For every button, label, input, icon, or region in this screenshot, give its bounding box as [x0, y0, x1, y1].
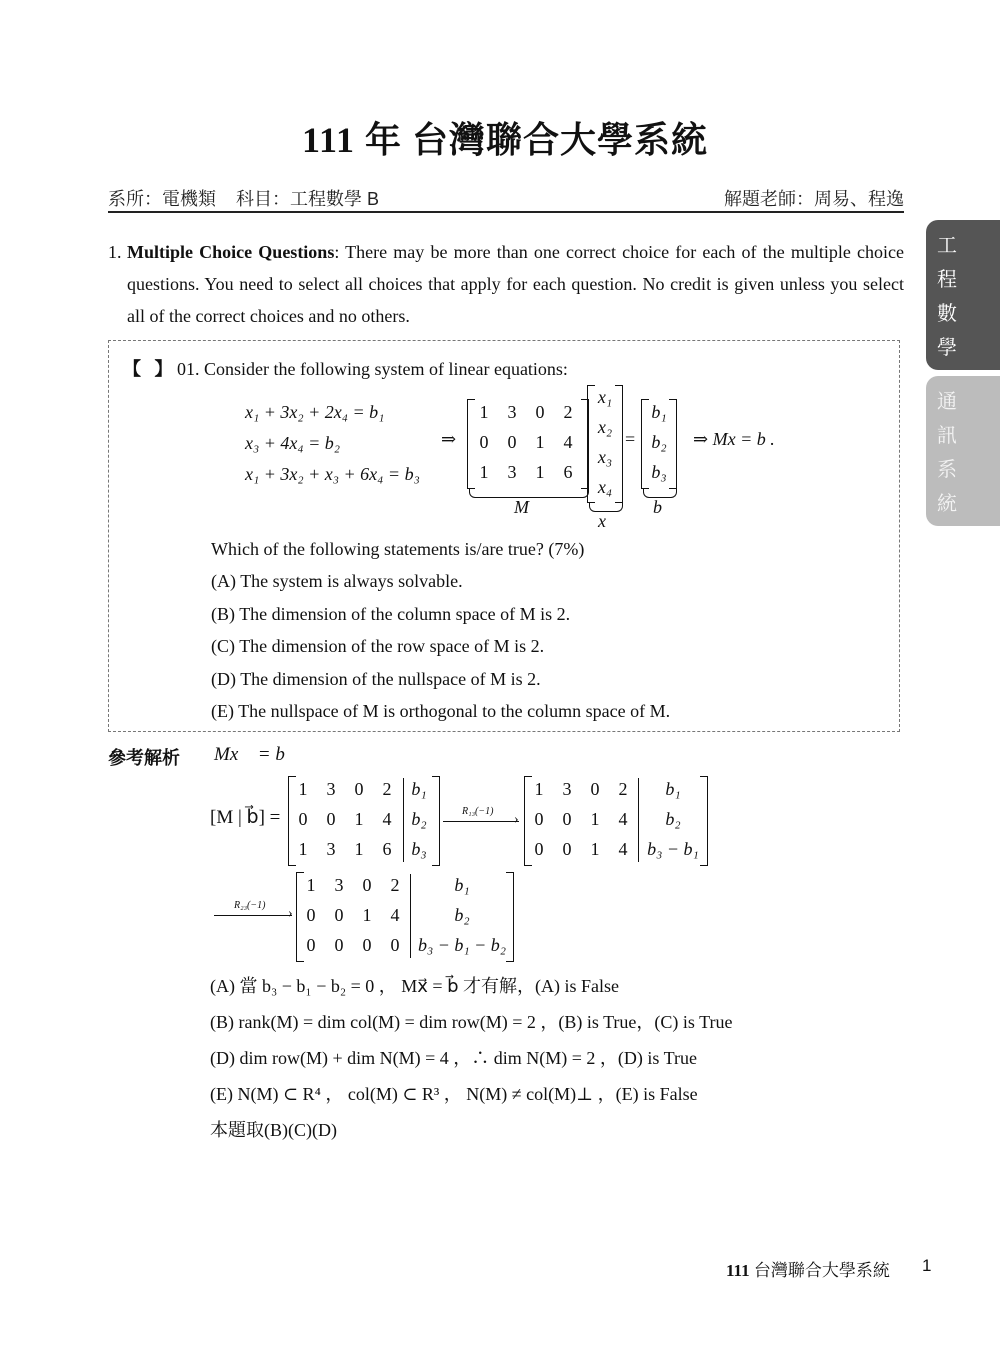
cell: 0 [296, 935, 326, 956]
tab-char: 數 [937, 296, 1000, 330]
label-b: b [653, 497, 662, 518]
cell: x₃ [590, 447, 620, 468]
cell: 1 [344, 839, 374, 860]
cell: b₁ [642, 779, 704, 800]
page-title: 111 年台灣聯合大學系統 [0, 112, 1000, 163]
cell: 0 [524, 809, 554, 830]
title-year: 111 年 [302, 120, 402, 160]
cell: 0 [552, 809, 582, 830]
cell: 2 [380, 875, 410, 896]
tab-char: 統 [937, 486, 1000, 520]
equation-2: x₃ + 4x₄ = b₂ [245, 428, 420, 459]
intro-text: Multiple Choice Questions: There may be … [127, 236, 904, 332]
cell: b₂ [644, 432, 674, 453]
cell: 0 [497, 432, 527, 453]
tab-char: 工 [937, 228, 1000, 262]
section-intro: 1. Multiple Choice Questions: There may … [108, 236, 904, 332]
cell: 1 [525, 432, 555, 453]
augmented-matrix-2: 1 3 0 2 b₁ 0 0 1 4 b₂ 0 0 1 4 b₃ − b₁ [524, 776, 708, 868]
label-x: x [598, 511, 606, 532]
tab-char: 通 [937, 384, 1000, 418]
cell: 1 [288, 779, 318, 800]
augmented-matrix-3: 1 3 0 2 b₁ 0 0 1 4 b₂ 0 0 0 0 b₃ − b₁ − … [296, 872, 514, 964]
solution-equation: Mx⃗ = b⃗ [214, 744, 300, 766]
cell: 0 [380, 935, 410, 956]
question-box: 【 】 01. Consider the following system of… [108, 340, 900, 732]
cell: 4 [553, 432, 583, 453]
arrow-head-icon: › [514, 812, 519, 828]
arrow-line [214, 915, 292, 916]
implies-arrow: ⇒ [441, 429, 456, 450]
cell: b₂ [642, 809, 704, 830]
cell: 0 [580, 779, 610, 800]
intro-bold: Multiple Choice Questions [127, 242, 334, 262]
cell: x₁ [590, 387, 620, 408]
section-number: 1. [108, 236, 122, 268]
option-C: (C) The dimension of the row space of M … [211, 630, 670, 663]
cell: 6 [372, 839, 402, 860]
question-header: 【 】 01. Consider the following system of… [123, 355, 568, 381]
cell: 4 [372, 809, 402, 830]
option-text: The system is always solvable. [240, 571, 462, 591]
cell: 1 [525, 462, 555, 483]
teacher-label: 解題老師：周易、程逸 [724, 185, 904, 211]
augment-bar [410, 874, 411, 958]
vector-b: b₁ b₂ b₃ [641, 399, 677, 491]
solution-line-D: (D) dim row(M) + dim N(M) = 4 ，∴ dim N(M… [210, 1040, 732, 1076]
equation-3: x₁ + 3x₂ + x₃ + 6x₄ = b₃ [245, 459, 420, 490]
cell: 0 [469, 432, 499, 453]
cell: b₃ − b₁ [642, 839, 704, 860]
cell: 1 [580, 809, 610, 830]
cell: 2 [608, 779, 638, 800]
page-number: 1 [922, 1256, 931, 1276]
cell: 1 [580, 839, 610, 860]
option-A: (A) The system is always solvable. [211, 565, 670, 598]
page-footer: 111 台灣聯合大學系統 1 [726, 1256, 890, 1281]
question-number: 01. [177, 359, 200, 379]
option-key: (C) [211, 636, 235, 656]
cell: 0 [524, 839, 554, 860]
meta-row: 系所：電機類 科目：工程數學 B 解題老師：周易、程逸 [108, 185, 904, 213]
subject-label: 科目：工程數學 B [236, 189, 379, 209]
underbrace-M [469, 489, 589, 498]
option-text: The nullspace of M is orthogonal to the … [238, 701, 670, 721]
option-key: (B) [211, 604, 235, 624]
cell: 3 [324, 875, 354, 896]
augmented-label: [M | b⃗] = [210, 806, 280, 829]
result-Mx-b: ⇒ Mx = b . [693, 429, 775, 450]
cell: 1 [469, 402, 499, 423]
option-text: The dimension of the nullspace of M is 2… [240, 669, 540, 689]
tab-char: 學 [937, 330, 1000, 364]
cell: x₂ [590, 417, 620, 438]
side-tab-engineering-math[interactable]: 工 程 數 學 [926, 220, 1000, 370]
cell: b₁ [644, 402, 674, 423]
option-key: (E) [211, 701, 234, 721]
cell: b₁ [414, 875, 510, 896]
cell: 0 [552, 839, 582, 860]
answer-bracket-open[interactable]: 【 [123, 359, 141, 380]
cell: 3 [497, 462, 527, 483]
option-text: The dimension of the row space of M is 2… [239, 636, 544, 656]
cell: 2 [553, 402, 583, 423]
cell: 2 [372, 779, 402, 800]
tab-char: 訊 [937, 418, 1000, 452]
equation-1: x₁ + 3x₂ + 2x₄ = b₁ [245, 397, 420, 428]
cell: 0 [352, 935, 382, 956]
arrow-head-icon: › [288, 906, 293, 922]
question-prompt: Which of the following statements is/are… [211, 539, 584, 560]
cell: 4 [608, 809, 638, 830]
cell: 0 [296, 905, 326, 926]
label-M: M [514, 497, 529, 518]
solution-label: 參考解析 [108, 744, 180, 770]
cell: 0 [324, 905, 354, 926]
footer-school: 台灣聯合大學系統 [754, 1261, 890, 1281]
option-B: (B) The dimension of the column space of… [211, 598, 670, 631]
cell: 0 [324, 935, 354, 956]
solution-lines: (A) 當 b₃ − b₁ − b₂ = 0 ， Mx⃗ = b⃗ 才有解，(A… [210, 968, 732, 1148]
cell: b₃ [404, 839, 434, 860]
arrow-line [443, 821, 519, 822]
cell: 3 [316, 839, 346, 860]
cell: 3 [316, 779, 346, 800]
solution-line-B: (B) rank(M) = dim col(M) = dim row(M) = … [210, 1004, 732, 1040]
cell: b₂ [414, 905, 510, 926]
row-op-2: R₂₃(−1) [234, 900, 265, 911]
equals-sign: = [625, 429, 635, 450]
matrix-M: 1 3 0 2 0 0 1 4 1 3 1 6 [467, 399, 589, 491]
cell: 3 [552, 779, 582, 800]
cell: 0 [352, 875, 382, 896]
options-list: (A) The system is always solvable. (B) T… [211, 565, 670, 728]
option-text: The dimension of the column space of M i… [239, 604, 570, 624]
row-op-1: R₁₃(−1) [462, 806, 493, 817]
cell: 6 [553, 462, 583, 483]
cell: 1 [524, 779, 554, 800]
cell: 3 [497, 402, 527, 423]
meta-left: 系所：電機類 科目：工程數學 B [108, 185, 379, 211]
augment-bar [638, 778, 639, 862]
question-stem: Consider the following system of linear … [204, 359, 568, 379]
cell: 1 [344, 809, 374, 830]
solution-answer: 本題取(B)(C)(D) [210, 1112, 732, 1148]
augmented-matrix-1: 1 3 0 2 b₁ 0 0 1 4 b₂ 1 3 1 6 b₃ [288, 776, 440, 868]
tab-char: 系 [937, 452, 1000, 486]
option-D: (D) The dimension of the nullspace of M … [211, 663, 670, 696]
underbrace-x [589, 503, 623, 512]
cell: 1 [352, 905, 382, 926]
cell: 0 [288, 809, 318, 830]
cell: 0 [316, 809, 346, 830]
footer-year: 111 [726, 1261, 750, 1280]
cell: b₃ [644, 462, 674, 483]
vector-x: x₁ x₂ x₃ x₄ [587, 385, 623, 505]
cell: 4 [380, 905, 410, 926]
cell: 1 [296, 875, 326, 896]
cell: b₁ [404, 779, 434, 800]
option-E: (E) The nullspace of M is orthogonal to … [211, 695, 670, 728]
cell: 0 [525, 402, 555, 423]
cell: b₂ [404, 809, 434, 830]
title-school: 台灣聯合大學系統 [412, 120, 708, 161]
solution-line-A: (A) 當 b₃ − b₁ − b₂ = 0 ， Mx⃗ = b⃗ 才有解，(A… [210, 968, 732, 1004]
option-key: (D) [211, 669, 236, 689]
cell: 1 [288, 839, 318, 860]
answer-bracket-close[interactable]: 】 [155, 359, 173, 380]
solution-line-E: (E) N(M) ⊂ R⁴ ， col(M) ⊂ R³ ， N(M) ≠ col… [210, 1076, 732, 1112]
cell: x₄ [590, 477, 620, 498]
equation-system: x₁ + 3x₂ + 2x₄ = b₁ x₃ + 4x₄ = b₂ x₁ + 3… [245, 397, 420, 490]
dept-label: 系所：電機類 [108, 189, 216, 209]
cell: 1 [469, 462, 499, 483]
cell: 0 [344, 779, 374, 800]
side-tab-communication-systems[interactable]: 通 訊 系 統 [926, 376, 1000, 526]
cell: 4 [608, 839, 638, 860]
cell: b₃ − b₁ − b₂ [414, 935, 510, 956]
tab-char: 程 [937, 262, 1000, 296]
option-key: (A) [211, 571, 236, 591]
